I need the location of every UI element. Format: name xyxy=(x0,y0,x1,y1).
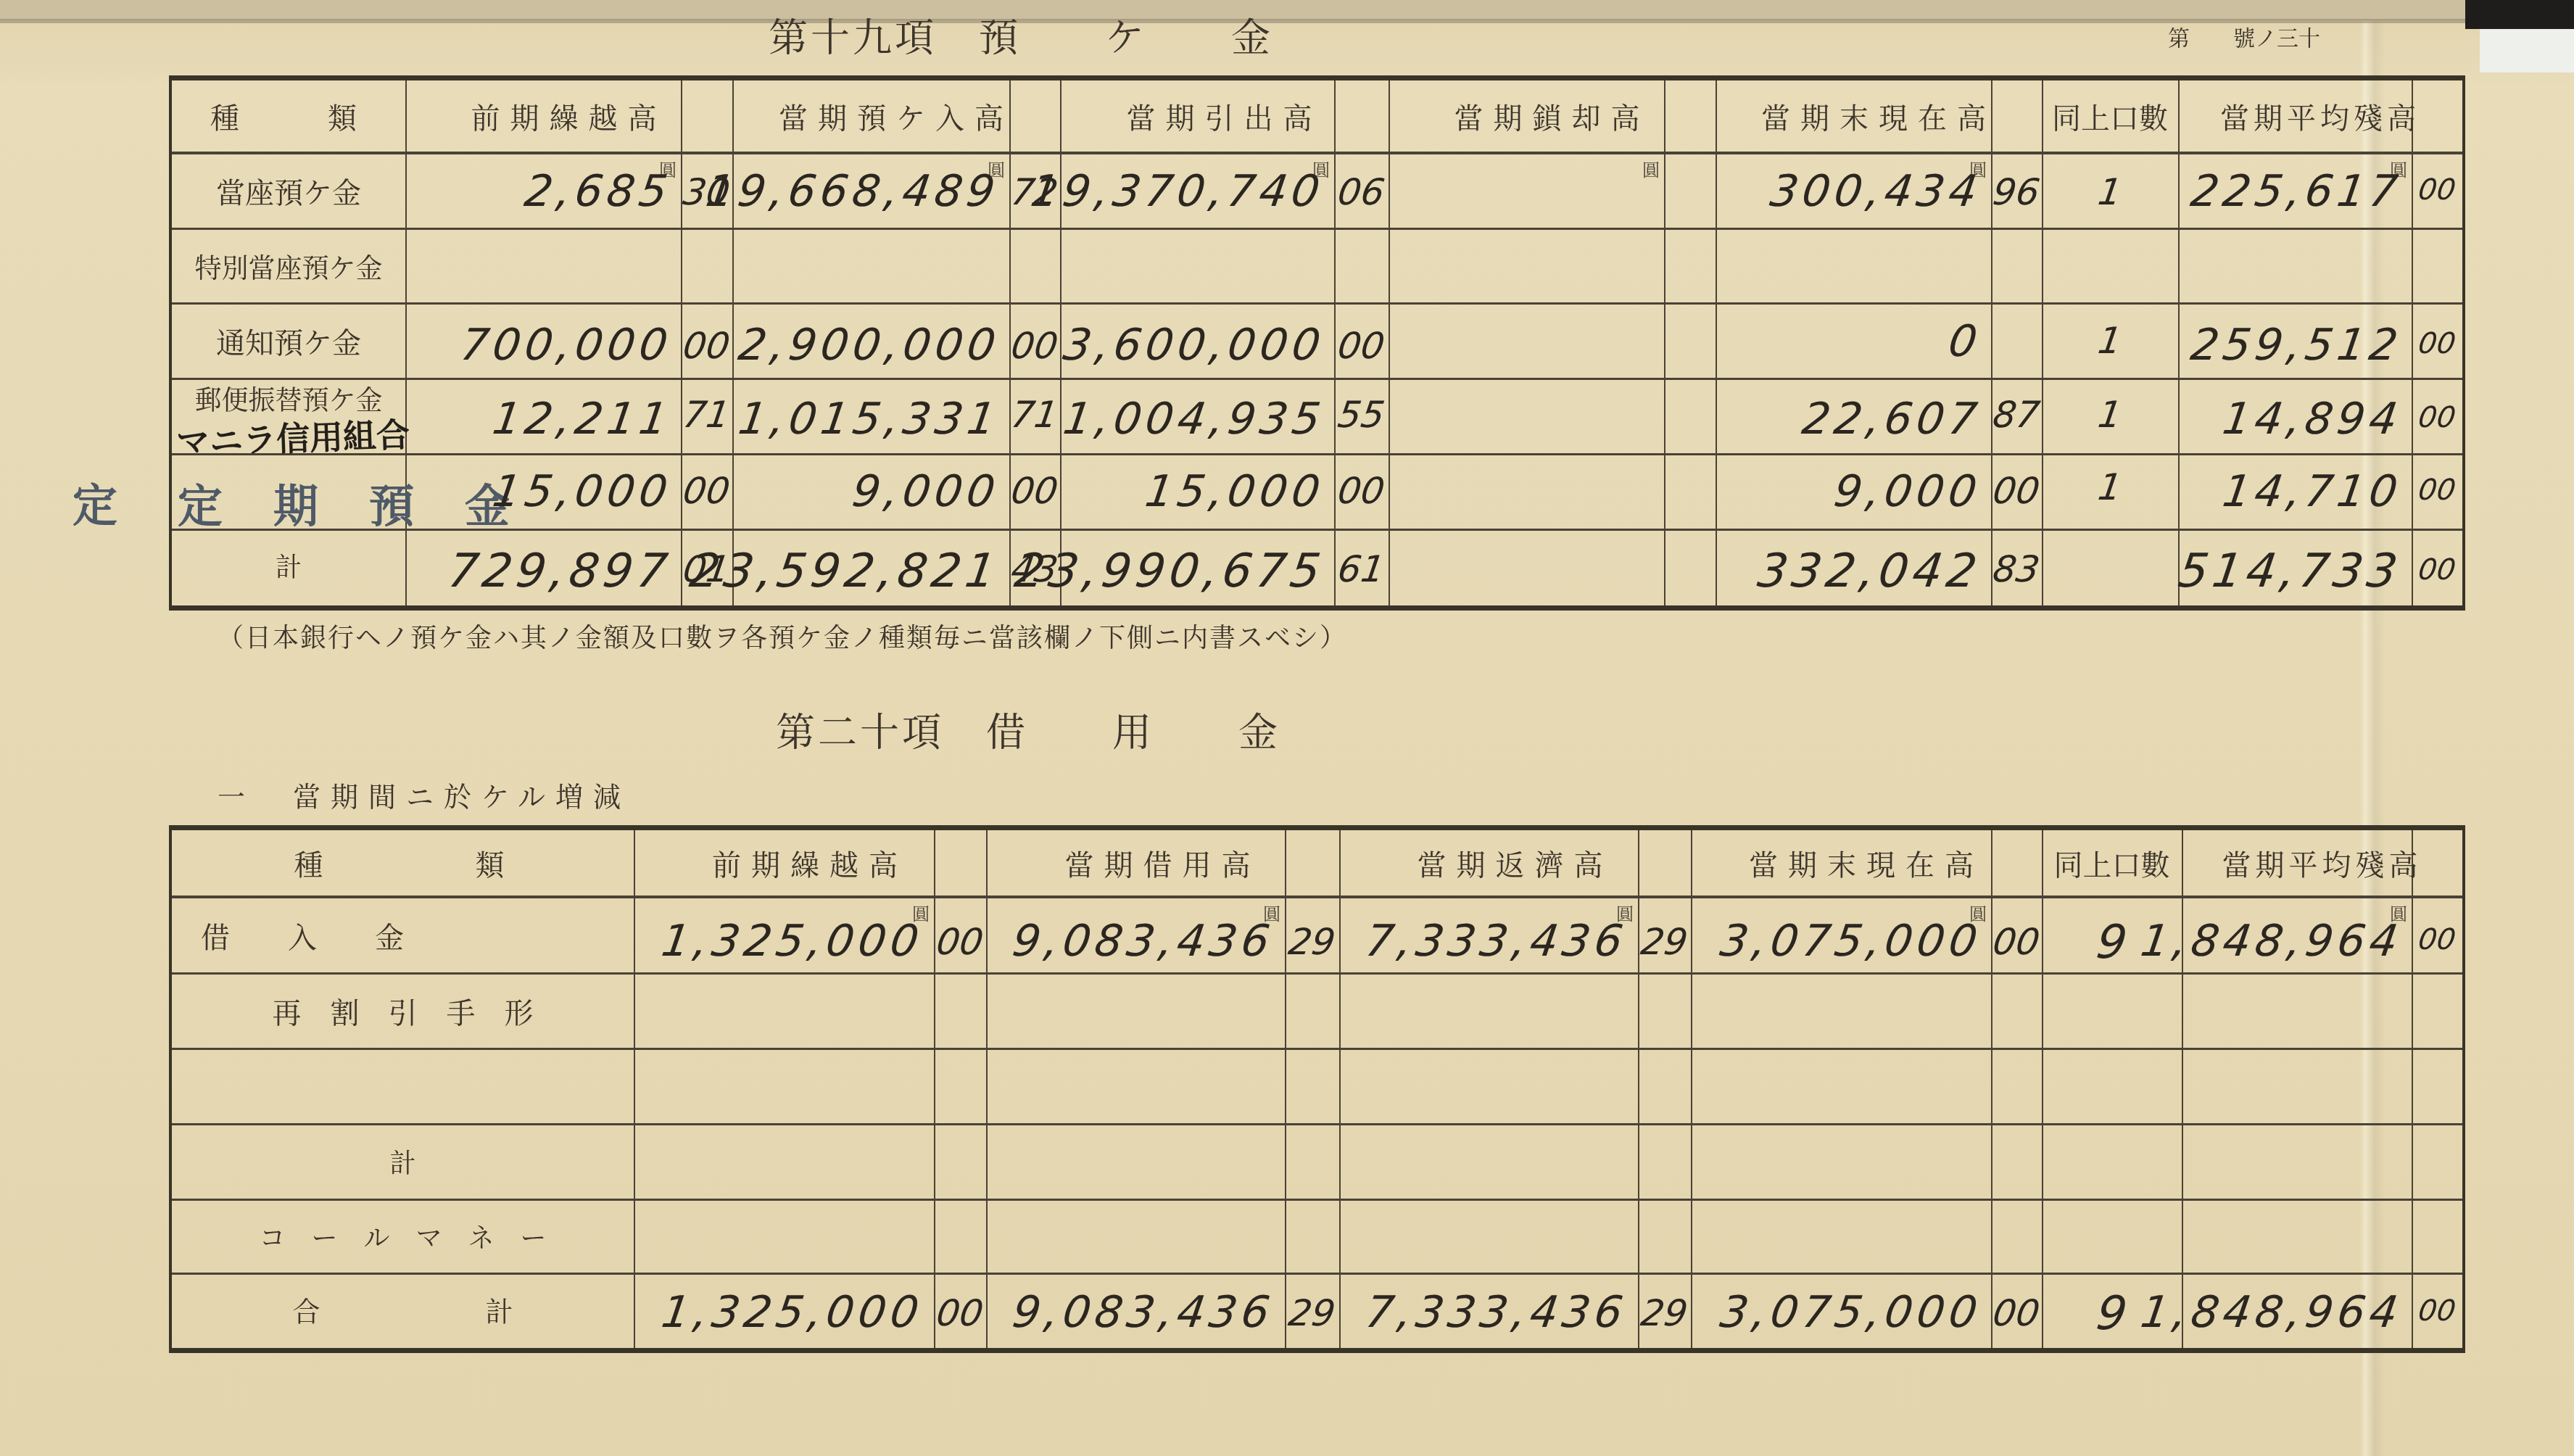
col-header-average-balance: 當期平均殘高 xyxy=(2178,80,2462,152)
cell-avg: 225,617 xyxy=(2188,166,2405,217)
row-label-notice-deposits: 通知預ケ金 xyxy=(172,305,405,378)
borrowings-table: 種 類 前期繰越高 當期借用高 當期返濟高 當期末現在高 同上口數 當期平均殘高… xyxy=(169,825,2465,1353)
cell-end-sen-total: 83 xyxy=(1988,548,2045,590)
col-header-type: 種 類 xyxy=(172,80,405,152)
row-label-grand-total: 合 計 xyxy=(172,1275,634,1343)
row-label-loans: 借 入 金 xyxy=(172,898,634,972)
row-label-call-money: コ ー ル マ ネ ー xyxy=(172,1201,634,1273)
cell-avg-sen: 00 xyxy=(2409,173,2465,207)
deposits-table: 種 類 前期繰越高 當期預ケ入高 當期引出高 當期鎖却高 當期末現在高 同上口數… xyxy=(169,75,2465,611)
cell-end-total: 3,075,000 xyxy=(1717,1287,1985,1338)
cell-avg-sen: 00 xyxy=(2409,923,2465,956)
row-label-current-deposits: 當座預ケ金 xyxy=(172,154,405,228)
col-header-deposits-in: 當期預ケ入高 xyxy=(732,80,1060,152)
cell-end-sen: 00 xyxy=(1988,921,2045,963)
col-header-borrowed: 當期借用高 xyxy=(986,830,1339,895)
cell-prev-sen: 71 xyxy=(678,394,735,436)
col-header-average-balance: 當期平均殘高 xyxy=(2182,830,2462,895)
cell-end-total: 332,042 xyxy=(1755,545,1985,598)
cell-out-total: 23,990,675 xyxy=(1011,545,1328,598)
top-margin xyxy=(0,0,2574,20)
cell-out-sen: 00 xyxy=(1331,470,1391,512)
cell-prev-total: 1,325,000 xyxy=(658,1287,926,1338)
cell-borrow-total: 9,083,436 xyxy=(1009,1287,1277,1338)
cell-out: 3,600,000 xyxy=(1060,320,1328,371)
cell-end-sen: 87 xyxy=(1988,394,2045,436)
col-header-prev-balance: 前期繰越高 xyxy=(634,830,986,895)
col-header-end-balance: 當期末現在高 xyxy=(1691,830,2042,895)
cell-count: 1 xyxy=(2039,320,2181,362)
cell-avg-total: 514,733 xyxy=(2175,545,2405,598)
cell-prev: 700,000 xyxy=(458,320,675,371)
row-label-special-current-deposits: 特別當座預ケ金 xyxy=(172,230,405,302)
cell-repay-sen-total: 29 xyxy=(1635,1292,1694,1334)
yen-unit-label: 圓 xyxy=(1642,156,1660,181)
cell-in-sen: 71 xyxy=(1006,394,1063,436)
cell-end: 0 xyxy=(1945,316,1985,367)
row-label-rediscounted-bills: 再 割 引 手 形 xyxy=(172,975,634,1048)
cell-end-sen-total: 00 xyxy=(1988,1292,2045,1334)
cell-prev: 15,000 xyxy=(489,466,675,517)
row-label-total: 計 xyxy=(172,531,405,600)
cell-end: 3,075,000 xyxy=(1717,916,1985,967)
cell-in: 19,668,489 xyxy=(703,166,1003,217)
cell-in: 2,900,000 xyxy=(735,320,1003,371)
deposits-note: （日本銀行ヘノ預ケ金ハ其ノ金額及口數ヲ各預ケ金ノ種類毎ニ當該欄ノ下側ニ内書スベシ… xyxy=(218,618,1347,655)
cell-out: 15,000 xyxy=(1142,466,1328,517)
cell-end-sen: 96 xyxy=(1988,171,2045,213)
cell-out-sen-total: 61 xyxy=(1331,548,1391,590)
row-label-subtotal: 計 xyxy=(172,1125,634,1199)
cell-borrow-sen: 29 xyxy=(1282,921,1342,963)
cell-end: 22,607 xyxy=(1799,394,1985,444)
cell-avg: 1,848,964 xyxy=(2138,916,2405,967)
cell-prev-sen: 00 xyxy=(678,470,735,512)
cell-borrow-sen-total: 29 xyxy=(1282,1292,1342,1334)
cell-count: 1 xyxy=(2039,171,2181,213)
margin-stamp: 定 xyxy=(73,470,117,534)
paper-tab xyxy=(2480,29,2574,73)
cell-in-sen: 00 xyxy=(1006,470,1063,512)
cell-count: 1 xyxy=(2039,394,2181,436)
cell-avg-sen: 00 xyxy=(2409,473,2465,507)
cell-repay-sen: 29 xyxy=(1635,921,1694,963)
cell-count: 1 xyxy=(2039,466,2181,508)
cell-in-sen: 00 xyxy=(1006,325,1063,367)
cell-in-total: 23,592,821 xyxy=(686,545,1003,598)
handwritten-label-overwrite: マニラ信用組合 xyxy=(175,408,410,464)
col-header-withdrawals: 當期引出高 xyxy=(1060,80,1389,152)
cell-repay-total: 7,333,436 xyxy=(1362,1287,1630,1338)
cell-avg-sen: 00 xyxy=(2409,401,2465,434)
section19-title: 第十九項 預 ケ 金 xyxy=(769,7,1273,63)
cell-prev-total: 729,897 xyxy=(445,545,675,598)
cell-avg-sen-total: 00 xyxy=(2409,1294,2465,1328)
col-header-prev-balance: 前期繰越高 xyxy=(405,80,732,152)
cell-prev: 2,685 xyxy=(521,166,675,217)
cell-avg: 14,710 xyxy=(2219,466,2405,517)
cell-end: 9,000 xyxy=(1831,466,1985,517)
cell-out-sen: 06 xyxy=(1331,171,1391,213)
cell-avg-sen: 00 xyxy=(2409,327,2465,360)
cell-out-sen: 00 xyxy=(1331,325,1391,367)
cell-end-sen: 00 xyxy=(1988,470,2045,512)
col-header-repaid: 當期返濟高 xyxy=(1339,830,1691,895)
cell-avg: 14,894 xyxy=(2219,394,2405,444)
cell-avg-sen-total: 00 xyxy=(2409,553,2465,587)
cell-prev-sen: 00 xyxy=(678,325,735,367)
col-header-writeoff: 當期鎖却高 xyxy=(1389,80,1716,152)
col-header-account-count: 同上口數 xyxy=(2042,80,2178,152)
cell-prev: 12,211 xyxy=(489,394,675,444)
cell-out-sen: 55 xyxy=(1331,394,1391,436)
section20-title: 第二十項 借 用 金 xyxy=(776,702,1280,758)
cell-in: 9,000 xyxy=(849,466,1003,517)
row-label-blank xyxy=(172,1050,634,1123)
page-reference: 第 號ノ三十 xyxy=(2168,20,2320,52)
col-header-type: 種 類 xyxy=(172,830,634,895)
cell-avg-total: 1,848,964 xyxy=(2138,1287,2405,1338)
cell-prev-sen: 00 xyxy=(931,921,989,963)
cell-out: 19,370,740 xyxy=(1028,166,1328,217)
cell-prev: 1,325,000 xyxy=(658,916,926,967)
col-header-count: 同上口數 xyxy=(2042,830,2182,895)
scan-background-corner xyxy=(2465,0,2574,29)
col-header-end-balance: 當期末現在高 xyxy=(1716,80,2042,152)
cell-in: 1,015,331 xyxy=(735,394,1003,444)
cell-avg: 259,512 xyxy=(2188,320,2405,371)
cell-prev-sen-total: 00 xyxy=(931,1292,989,1334)
cell-repay: 7,333,436 xyxy=(1362,916,1630,967)
section20-subtitle: 一 當期間ニ於ケル増減 xyxy=(218,774,631,814)
cell-out: 1,004,935 xyxy=(1060,394,1328,444)
cell-borrow: 9,083,436 xyxy=(1009,916,1277,967)
cell-end: 300,434 xyxy=(1767,166,1985,217)
